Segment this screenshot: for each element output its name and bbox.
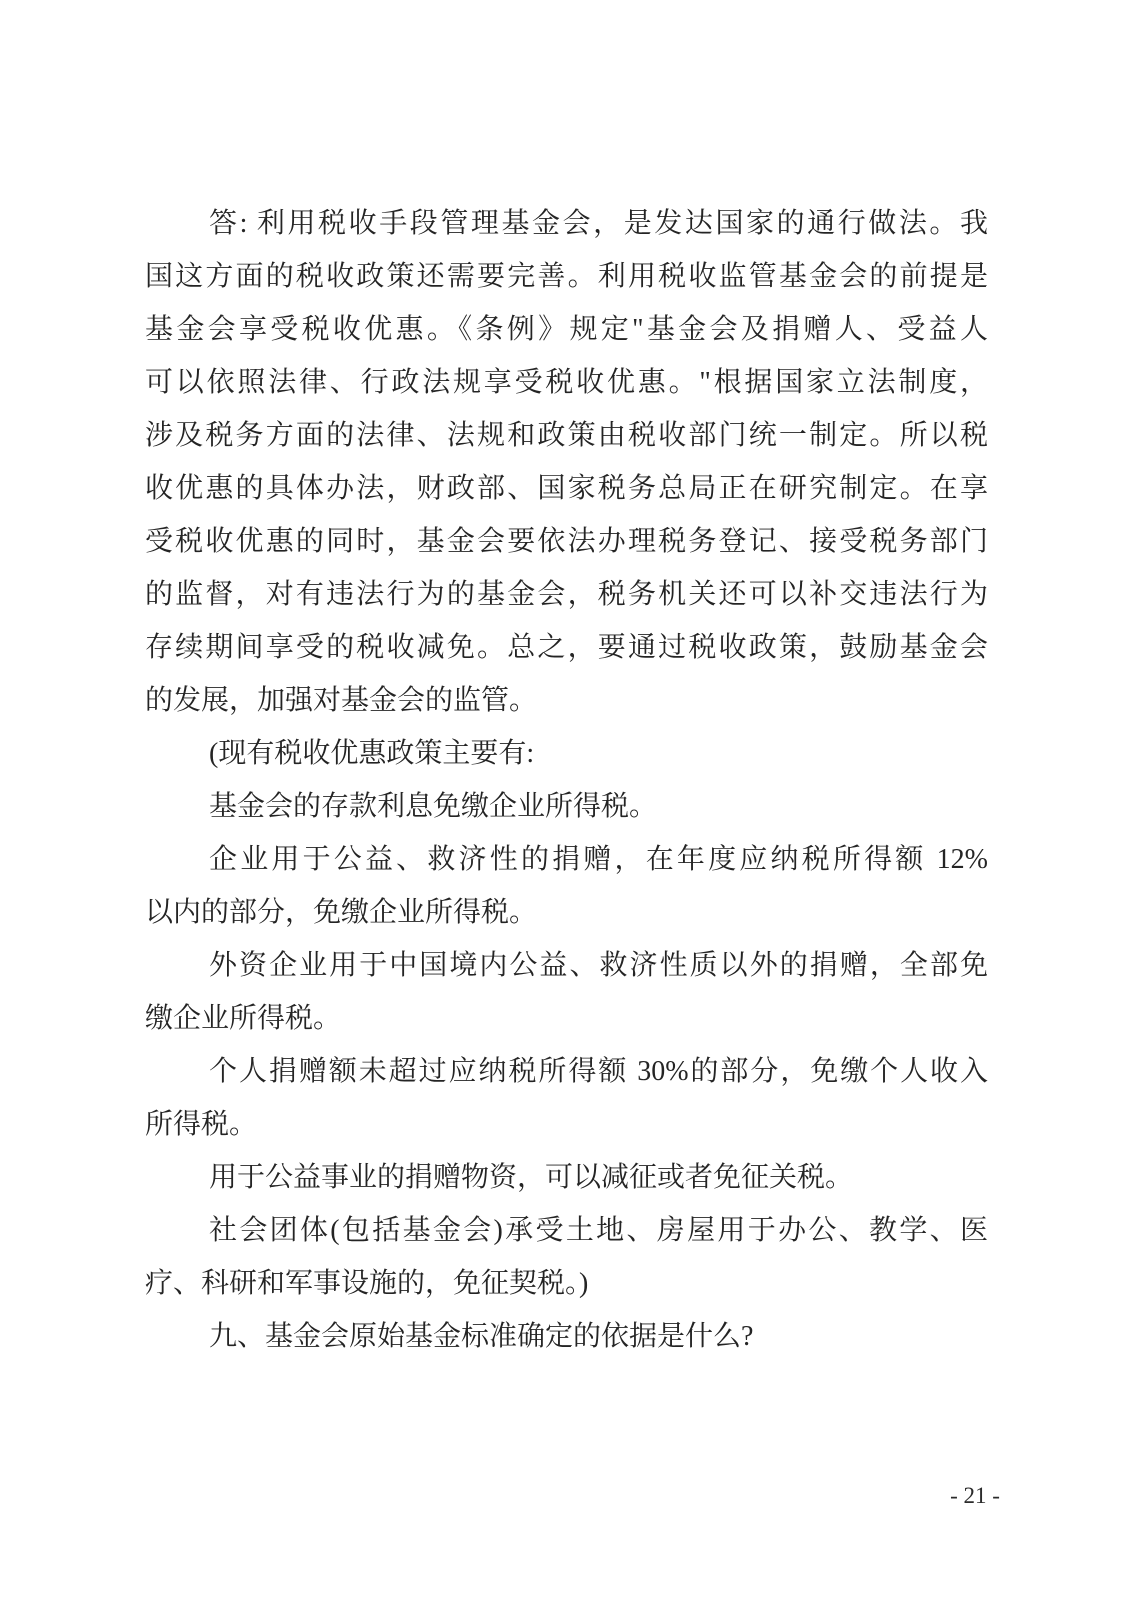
text-line: 外资企业用于中国境内公益、救济性质以外的捐赠，全部免 <box>145 939 988 992</box>
text-line: 基金会享受税收优惠。《条例》规定"基金会及捐赠人、受益人 <box>145 303 988 356</box>
text-line: 疗、科研和军事设施的，免征契税。) <box>145 1257 988 1310</box>
text-line: 涉及税务方面的法律、法规和政策由税收部门统一制定。所以税 <box>145 409 988 462</box>
text-line: 的监督，对有违法行为的基金会，税务机关还可以补交违法行为 <box>145 568 988 621</box>
text-line: 个人捐赠额未超过应纳税所得额 30%的部分，免缴个人收入 <box>145 1045 988 1098</box>
text-line: 答: 利用税收手段管理基金会，是发达国家的通行做法。我 <box>145 197 988 250</box>
text-line: 缴企业所得税。 <box>145 992 988 1045</box>
text-line: 以内的部分，免缴企业所得税。 <box>145 886 988 939</box>
text-line: 收优惠的具体办法，财政部、国家税务总局正在研究制定。在享 <box>145 462 988 515</box>
text-line: 用于公益事业的捐赠物资，可以减征或者免征关税。 <box>145 1151 988 1204</box>
page-number: - 21 - <box>920 1480 1030 1512</box>
text-line: 可以依照法律、行政法规享受税收优惠。"根据国家立法制度， <box>145 356 988 409</box>
text-line: (现有税收优惠政策主要有: <box>145 727 988 780</box>
document-body: 答: 利用税收手段管理基金会，是发达国家的通行做法。我国这方面的税收政策还需要完… <box>145 197 988 1363</box>
text-line: 的发展，加强对基金会的监管。 <box>145 674 988 727</box>
text-line: 企业用于公益、救济性的捐赠，在年度应纳税所得额 12% <box>145 833 988 886</box>
text-line: 所得税。 <box>145 1098 988 1151</box>
text-line: 社会团体(包括基金会)承受土地、房屋用于办公、教学、医 <box>145 1204 988 1257</box>
text-line: 基金会的存款利息免缴企业所得税。 <box>145 780 988 833</box>
text-line: 九、基金会原始基金标准确定的依据是什么? <box>145 1310 988 1363</box>
document-page: 答: 利用税收手段管理基金会，是发达国家的通行做法。我国这方面的税收政策还需要完… <box>0 0 1131 1600</box>
text-line: 存续期间享受的税收减免。总之，要通过税收政策，鼓励基金会 <box>145 621 988 674</box>
text-line: 国这方面的税收政策还需要完善。利用税收监管基金会的前提是 <box>145 250 988 303</box>
text-line: 受税收优惠的同时，基金会要依法办理税务登记、接受税务部门 <box>145 515 988 568</box>
